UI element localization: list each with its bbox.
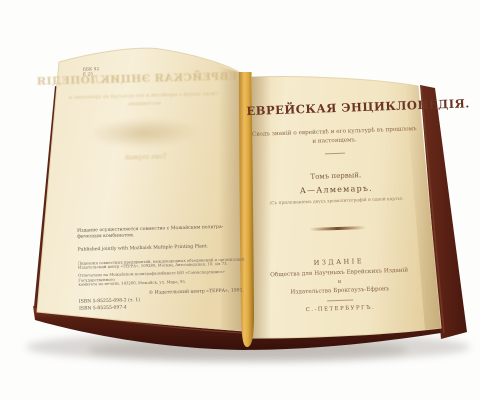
colophon-block: Издание осуществляется совместно с Можай… (77, 224, 249, 312)
volume-range: А—Алмемаръ. (249, 182, 423, 197)
show-through-ghost: ЕВРЕЙСКАЯ ЭНЦИКЛОПЕДІЯ Сводъ знаній о ев… (49, 70, 239, 163)
ghost-volume: Томъ первый. (51, 151, 239, 163)
volume-label: Томъ первый. (249, 169, 423, 183)
book-photograph: ББК 92 Е 25 ЕВРЕЙСКАЯ ЭНЦИКЛОПЕДІЯ Сводъ… (0, 0, 480, 400)
left-page: ББК 92 Е 25 ЕВРЕЙСКАЯ ЭНЦИКЛОПЕДІЯ Сводъ… (37, 52, 246, 327)
ghost-title: ЕВРЕЙСКАЯ ЭНЦИКЛОПЕДІЯ (49, 70, 237, 87)
book-title: ЕВРЕЙСКАЯ ЭНЦИКЛОПЕДІЯ. (246, 98, 420, 118)
illustrations-note: (Съ приложеніемъ двухъ хромолитографій и… (250, 196, 424, 207)
divider-rule (325, 153, 345, 155)
divider-rule (327, 299, 353, 301)
right-page: ЕВРЕЙСКАЯ ЭНЦИКЛОПЕДІЯ. Сводъ знаній о е… (246, 79, 429, 340)
ornament-divider (310, 226, 366, 231)
ghost-ornament (89, 116, 200, 149)
city-imprint: С.-ПЕТЕРБУРГЪ. (253, 303, 427, 315)
joint-edition-note-en: Published jointly with Mozhaisk Multiple… (77, 243, 247, 253)
ghost-subtitle: Сводъ знаній о еврействѣ и его культурѣ … (68, 91, 218, 110)
